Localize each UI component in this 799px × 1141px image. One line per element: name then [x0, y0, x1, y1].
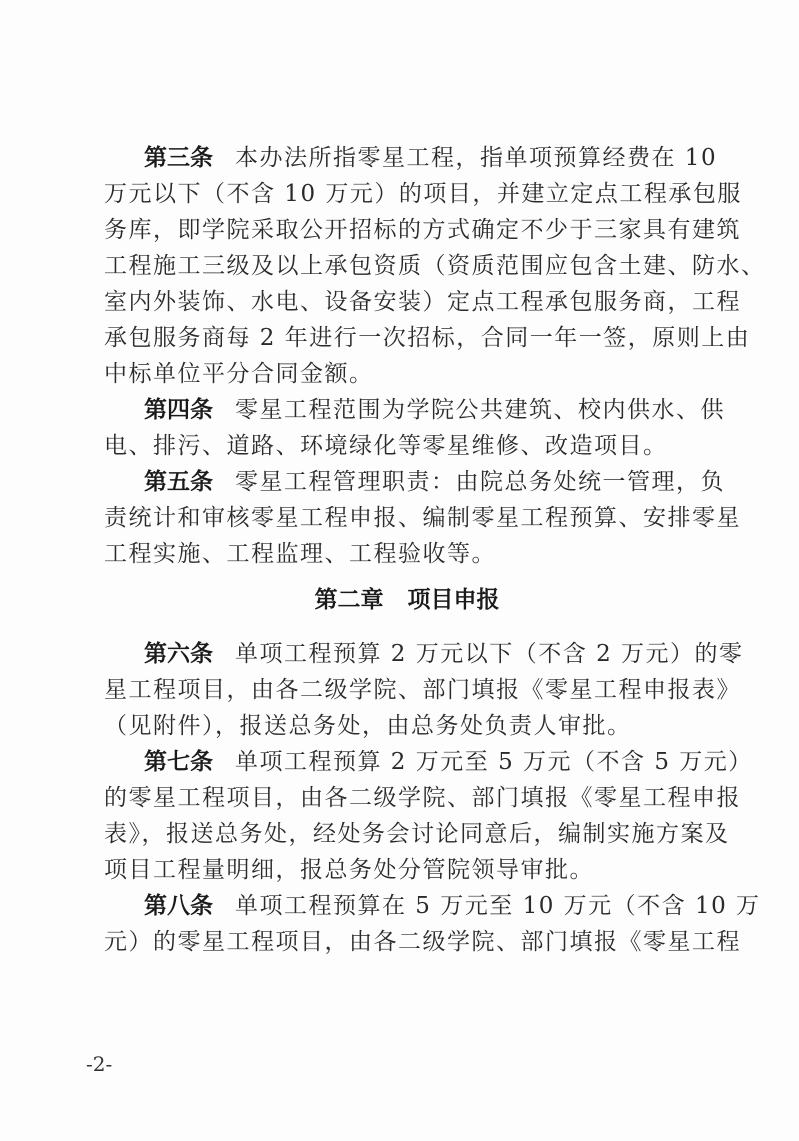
article-line: 表》，报送总务处，经处务会讨论同意后，编制实施方案及 [104, 816, 710, 852]
chapter-heading: 第二章项目申报 [104, 574, 710, 626]
article-line: （见附件），报送总务处，由总务处负责人审批。 [104, 708, 710, 744]
article-8: 第八条单项工程预算在 5 万元至 10 万元（不含 10 万 元）的零星工程项目… [104, 888, 710, 960]
article-line: 第三条本办法所指零星工程，指单项预算经费在 10 [104, 140, 710, 176]
article-4: 第四条零星工程范围为学院公共建筑、校内供水、供 电、排污、道路、环境绿化等零星维… [104, 392, 710, 464]
article-3: 第三条本办法所指零星工程，指单项预算经费在 10 万元以下（不含 10 万元）的… [104, 140, 710, 392]
document-page: 第三条本办法所指零星工程，指单项预算经费在 10 万元以下（不含 10 万元）的… [0, 0, 799, 1141]
article-label: 第四条 [144, 397, 213, 423]
article-line: 第四条零星工程范围为学院公共建筑、校内供水、供 [104, 392, 710, 428]
article-line: 第七条单项工程预算 2 万元至 5 万元（不含 5 万元） [104, 744, 710, 780]
article-line: 务库，即学院采取公开招标的方式确定不少于三家具有建筑 [104, 212, 710, 248]
article-7: 第七条单项工程预算 2 万元至 5 万元（不含 5 万元） 的零星工程项目，由各… [104, 744, 710, 888]
article-line: 的零星工程项目，由各二级学院、部门填报《零星工程申报 [104, 780, 710, 816]
article-line: 中标单位平分合同金额。 [104, 356, 710, 392]
article-label: 第六条 [144, 641, 213, 667]
article-label: 第五条 [144, 469, 213, 495]
article-line: 承包服务商每 2 年进行一次招标，合同一年一签，原则上由 [104, 320, 710, 356]
article-line: 项目工程量明细，报总务处分管院领导审批。 [104, 852, 710, 888]
article-6: 第六条单项工程预算 2 万元以下（不含 2 万元）的零 星工程项目，由各二级学院… [104, 636, 710, 744]
chapter-number: 第二章 [315, 587, 384, 613]
article-line: 第五条零星工程管理职责：由院总务处统一管理，负 [104, 464, 710, 500]
article-line: 工程实施、工程监理、工程验收等。 [104, 536, 710, 572]
article-line: 第六条单项工程预算 2 万元以下（不含 2 万元）的零 [104, 636, 710, 672]
article-line: 责统计和审核零星工程申报、编制零星工程预算、安排零星 [104, 500, 710, 536]
article-line: 第八条单项工程预算在 5 万元至 10 万元（不含 10 万 [104, 888, 710, 924]
article-line: 元）的零星工程项目，由各二级学院、部门填报《零星工程 [104, 924, 710, 960]
article-label: 第七条 [144, 749, 213, 775]
article-5: 第五条零星工程管理职责：由院总务处统一管理，负 责统计和审核零星工程申报、编制零… [104, 464, 710, 572]
article-line: 星工程项目，由各二级学院、部门填报《零星工程申报表》 [104, 672, 710, 708]
article-line: 电、排污、道路、环境绿化等零星维修、改造项目。 [104, 428, 710, 464]
article-line: 万元以下（不含 10 万元）的项目，并建立定点工程承包服 [104, 176, 710, 212]
article-line: 工程施工三级及以上承包资质（资质范围应包含土建、防水、 [104, 248, 710, 284]
document-body: 第三条本办法所指零星工程，指单项预算经费在 10 万元以下（不含 10 万元）的… [104, 140, 710, 960]
chapter-title: 项目申报 [408, 587, 500, 613]
article-line: 室内外装饰、水电、设备安装）定点工程承包服务商，工程 [104, 284, 710, 320]
page-number: -2- [86, 1052, 112, 1076]
article-label: 第八条 [144, 893, 213, 919]
article-label: 第三条 [144, 145, 213, 171]
